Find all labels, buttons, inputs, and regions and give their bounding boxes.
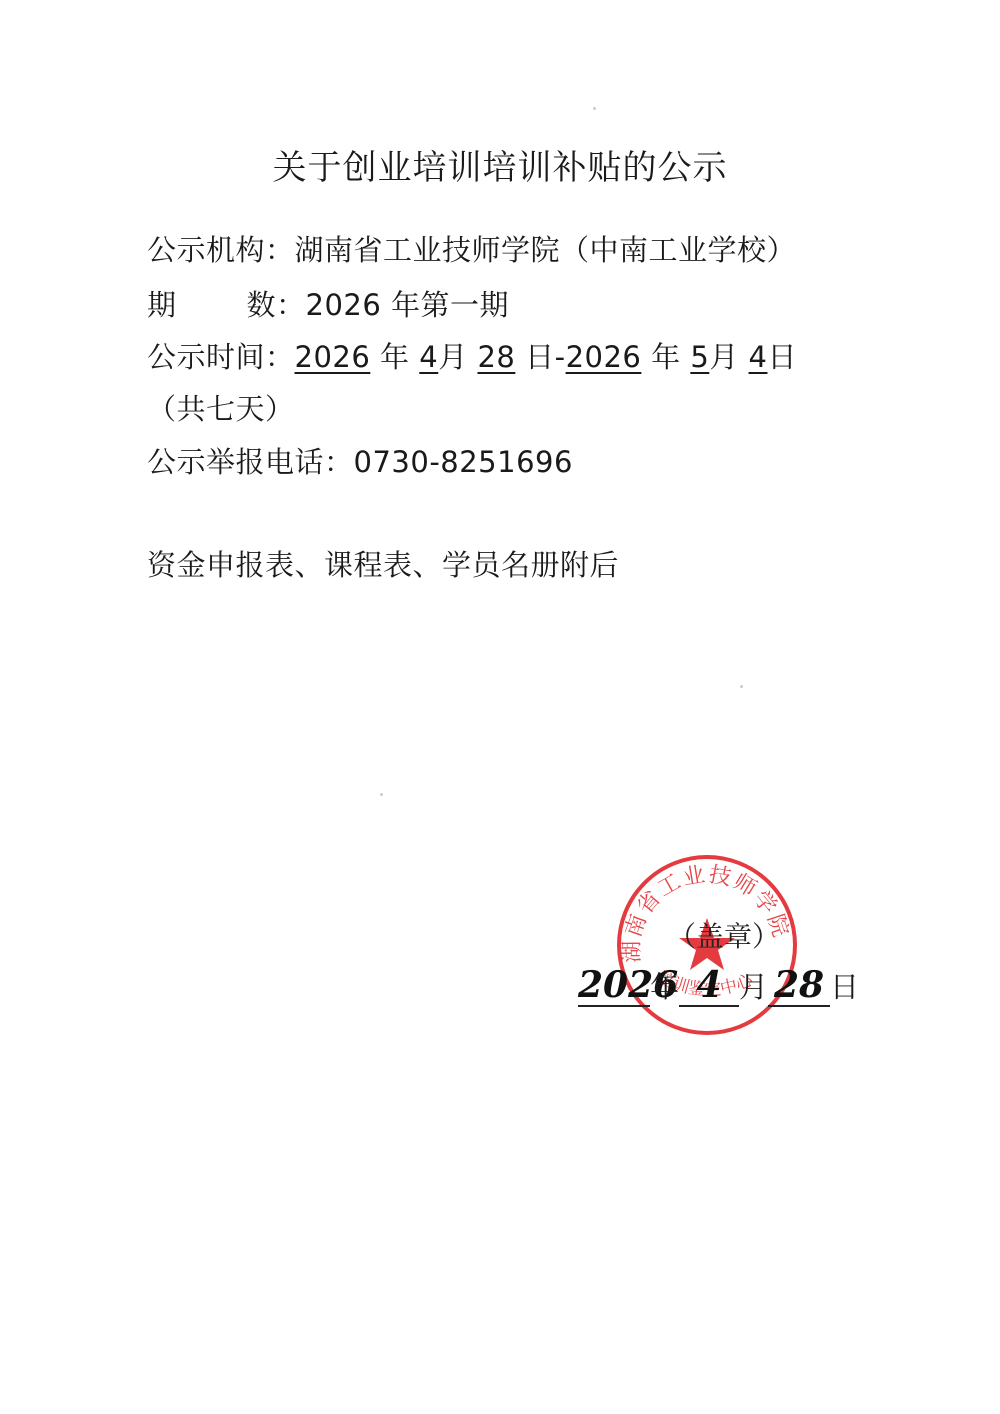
phone-value: 0730-8251696 <box>354 445 573 479</box>
end-year: 2026 <box>566 340 642 374</box>
month-unit: 月 <box>739 970 768 1004</box>
attachments-note: 资金申报表、课程表、学员名册附后 <box>147 543 619 584</box>
period-line: 期数：2026 年第一期 <box>147 283 509 324</box>
scan-speck <box>380 793 383 796</box>
signed-day: 28 <box>768 965 830 1007</box>
signed-year: 2026 <box>578 965 650 1007</box>
year-unit: 年 <box>650 970 679 1004</box>
signature-date: 2026年4月28日 <box>578 965 859 1007</box>
day-unit: 日 <box>830 970 859 1004</box>
scan-speck <box>740 685 743 688</box>
time-line: 公示时间：2026 年 4月 28 日-2026 年 5月 4日 <box>147 335 797 376</box>
signed-month: 4 <box>679 965 739 1007</box>
institution-value: 湖南省工业技师学院（中南工业学校） <box>295 233 797 267</box>
month-unit: 月 <box>438 340 468 374</box>
day-unit: 日 <box>767 340 797 374</box>
date-separator: - <box>555 340 566 374</box>
month-unit: 月 <box>709 340 739 374</box>
day-unit: 日 <box>525 340 555 374</box>
period-label-2: 数： <box>247 288 306 322</box>
end-day: 4 <box>749 340 768 374</box>
phone-label: 公示举报电话： <box>147 445 354 479</box>
institution-line: 公示机构：湖南省工业技师学院（中南工业学校） <box>147 228 796 269</box>
period-value: 2026 年第一期 <box>306 288 510 322</box>
period-label-1: 期 <box>147 288 177 322</box>
phone-line: 公示举报电话：0730-8251696 <box>147 440 573 481</box>
duration-line: （共七天） <box>147 387 295 428</box>
end-month: 5 <box>690 340 709 374</box>
start-year: 2026 <box>295 340 371 374</box>
scan-speck <box>593 107 596 110</box>
document-title: 关于创业培训培训补贴的公示 <box>0 140 1000 189</box>
institution-label: 公示机构： <box>147 233 295 267</box>
seal-label: （盖章） <box>668 915 780 955</box>
start-month: 4 <box>419 340 438 374</box>
start-day: 28 <box>477 340 515 374</box>
year-unit: 年 <box>380 340 410 374</box>
time-label: 公示时间： <box>147 340 295 374</box>
year-unit: 年 <box>651 340 681 374</box>
